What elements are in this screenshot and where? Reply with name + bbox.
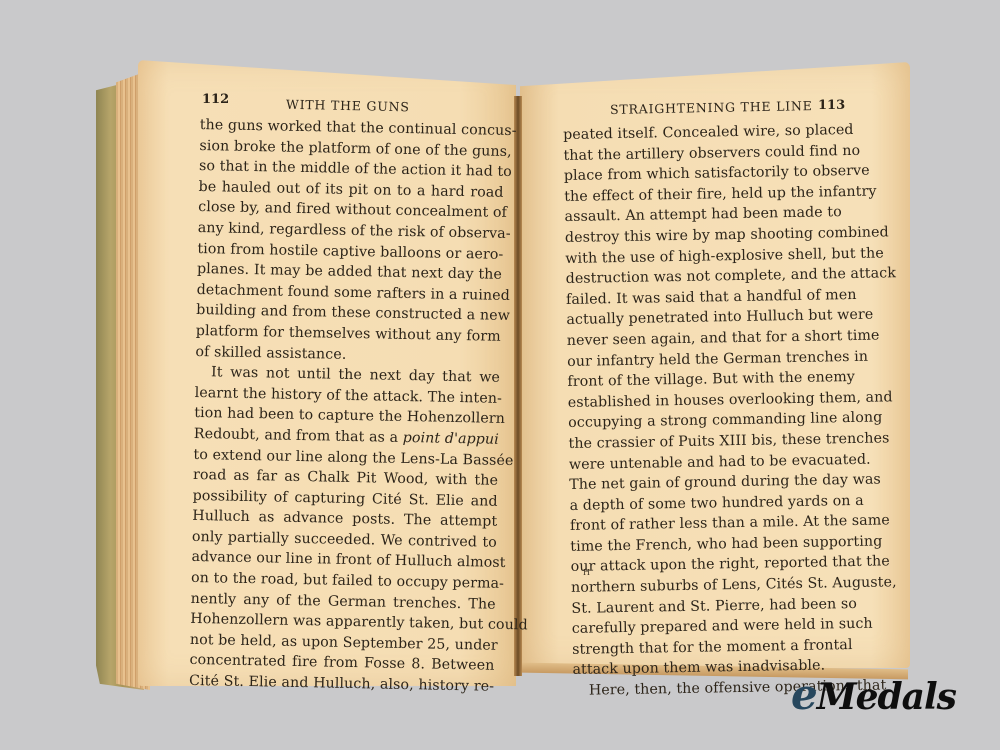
text-fragment: Redoubt, and from that as a — [194, 426, 403, 446]
emedals-watermark-logo: eMedals — [791, 675, 956, 715]
italic-phrase: point d'appui — [403, 430, 499, 448]
right-page-number: 113 — [818, 98, 845, 113]
left-page-text: the guns worked that the continual concu… — [189, 115, 505, 697]
open-book: 112 WITH THE GUNS the guns worked that t… — [0, 0, 1000, 750]
book-gutter — [514, 96, 522, 676]
right-page-text: peated itself. Concealed wire, so placed… — [563, 120, 843, 701]
logo-name: Medals — [817, 676, 956, 718]
left-page-number: 112 — [202, 92, 229, 107]
signature-mark: H — [583, 568, 590, 577]
left-running-title: WITH THE GUNS — [286, 97, 410, 115]
logo-prefix: e — [791, 670, 817, 719]
